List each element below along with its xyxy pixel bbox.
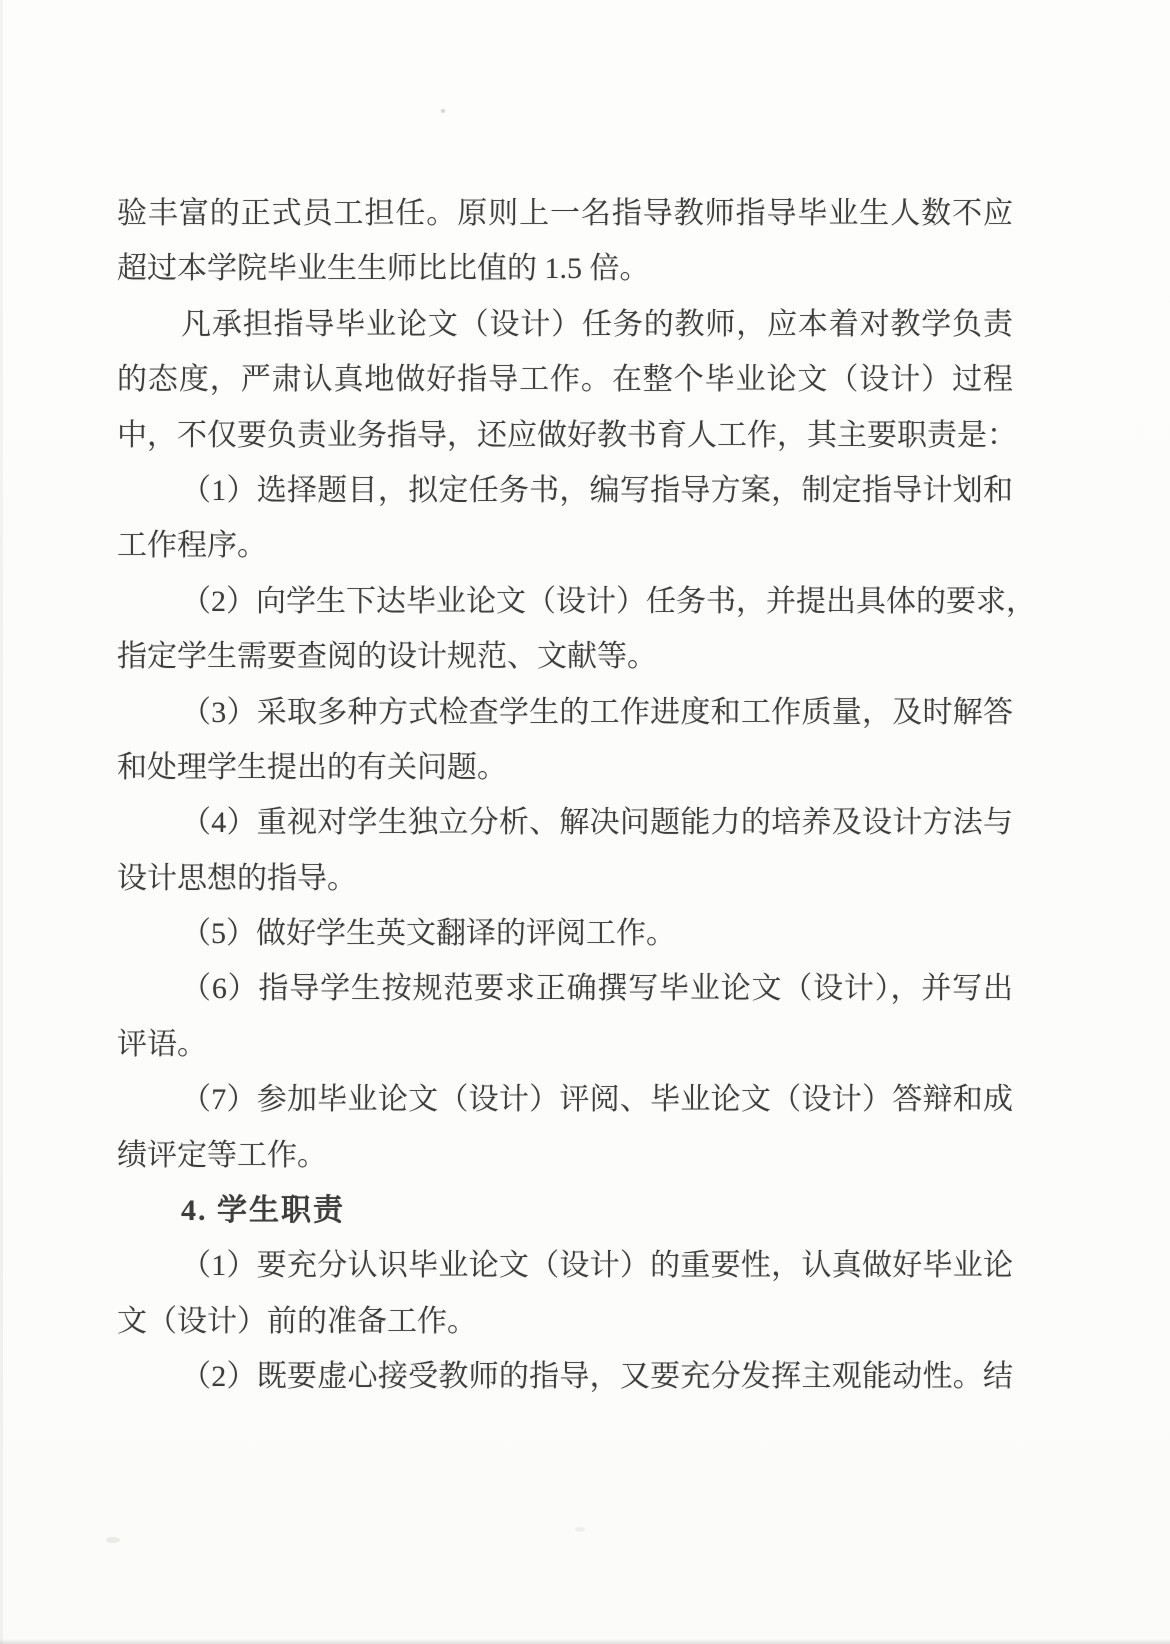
document-text-block: 验丰富的正式员工担任。原则上一名指导教师指导毕业生人数不应 超过本学院毕业生生师… (117, 186, 1013, 1405)
document-page: 验丰富的正式员工担任。原则上一名指导教师指导毕业生人数不应 超过本学院毕业生生师… (0, 0, 1170, 1644)
text-line: （6）指导学生按规范要求正确撰写毕业论文（设计），并写出 (117, 961, 1013, 1016)
text-line: 中，不仅要负责业务指导，还应做好教书育人工作，其主要职责是： (117, 408, 1013, 463)
text-line: 超过本学院毕业生生师比比值的 1.5 倍。 (117, 241, 1013, 296)
text-line: （4）重视对学生独立分析、解决问题能力的培养及设计方法与 (117, 795, 1013, 850)
text-line: （1）要充分认识毕业论文（设计）的重要性，认真做好毕业论 (117, 1238, 1013, 1293)
text-line: （1）选择题目，拟定任务书，编写指导方案，制定指导计划和 (117, 463, 1013, 518)
text-line: （3）采取多种方式检查学生的工作进度和工作质量，及时解答 (117, 685, 1013, 740)
scan-smudge (106, 1537, 120, 1543)
text-line: 指定学生需要查阅的设计规范、文献等。 (117, 629, 1013, 684)
text-line: （2）向学生下达毕业论文（设计）任务书，并提出具体的要求， (117, 574, 1013, 629)
text-line: （7）参加毕业论文（设计）评阅、毕业论文（设计）答辩和成 (117, 1072, 1013, 1127)
text-line: 的态度，严肃认真地做好指导工作。在整个毕业论文（设计）过程 (117, 352, 1013, 407)
text-line: 评语。 (117, 1017, 1013, 1072)
text-line: 和处理学生提出的有关问题。 (117, 740, 1013, 795)
section-heading-student-duties: 4. 学生职责 (117, 1183, 1013, 1238)
scan-speck (440, 108, 446, 114)
text-line: 凡承担指导毕业论文（设计）任务的教师，应本着对教学负责 (117, 297, 1013, 352)
text-line: 验丰富的正式员工担任。原则上一名指导教师指导毕业生人数不应 (117, 186, 1013, 241)
text-line: （5）做好学生英文翻译的评阅工作。 (117, 906, 1013, 961)
scan-edge-bottom (0, 1639, 1170, 1644)
text-line: 设计思想的指导。 (117, 851, 1013, 906)
text-line: 文（设计）前的准备工作。 (117, 1294, 1013, 1349)
text-line: 绩评定等工作。 (117, 1128, 1013, 1183)
text-line: （2）既要虚心接受教师的指导，又要充分发挥主观能动性。结 (117, 1349, 1013, 1404)
text-line: 工作程序。 (117, 518, 1013, 573)
scan-smudge (575, 1527, 585, 1532)
scan-edge-left (0, 0, 3, 1644)
